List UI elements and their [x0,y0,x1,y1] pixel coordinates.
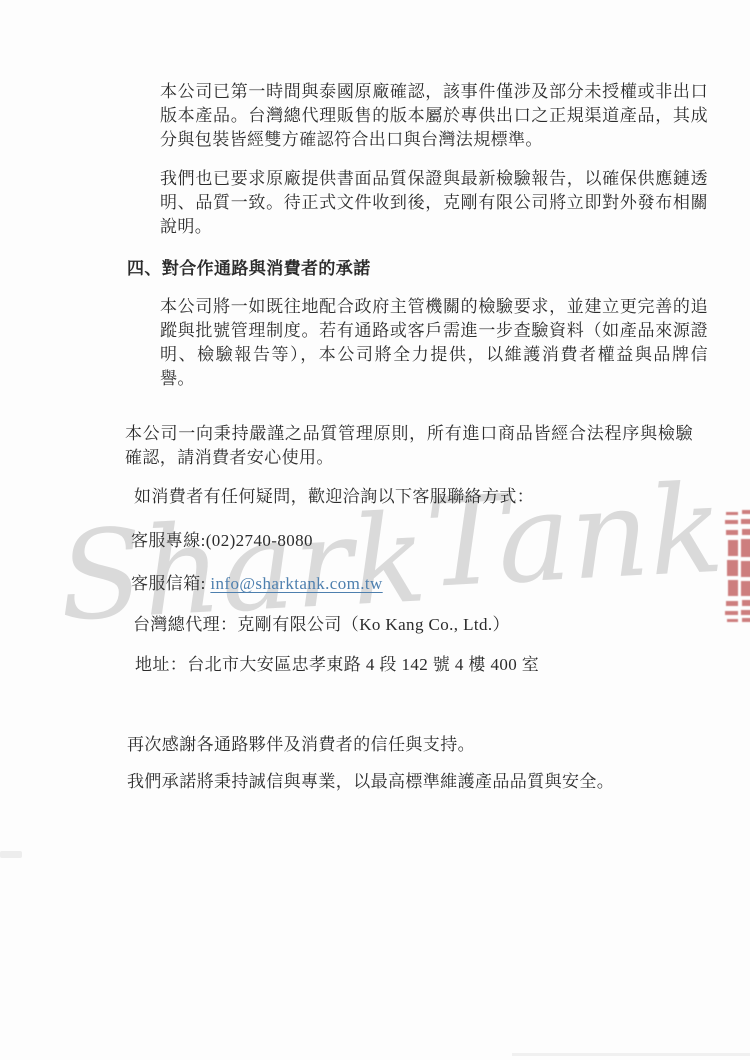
email-label: 客服信箱: [131,574,206,593]
paragraph-factory-confirmation: 本公司已第一時間與泰國原廠確認，該事件僅涉及部分未授權或非出口版本產品。台灣總代… [160,80,708,152]
customer-hotline-row: 客服專線:(02)2740-8080 [131,529,313,553]
section-heading-commitment: 四、對合作通路與消費者的承諾 [127,257,687,281]
scan-artifact-left-edge [0,851,22,858]
paragraph-government-cooperation: 本公司將一如既往地配合政府主管機關的檢驗要求，並建立更完善的追蹤與批號管理制度。… [160,295,708,391]
paragraph-quality-guarantee: 我們也已要求原廠提供書面品質保證與最新檢驗報告，以確保供應鏈透明、品質一致。待正… [160,167,708,239]
hotline-label: 客服專線: [131,531,206,550]
customer-email-row: 客服信箱: info@sharktank.com.tw [131,572,383,596]
watermark-word-tank: Tank [422,458,726,615]
red-seal-stamp-icon [722,506,750,628]
email-link[interactable]: info@sharktank.com.tw [210,574,382,593]
scanned-document-page: Shark Tank 本公司已第一時間與泰國原廠確認，該事件僅涉及部分未授權或非… [0,0,750,1060]
closing-promise-line: 我們承諾將秉持誠信與專業，以最高標準維護產品品質與安全。 [127,770,614,794]
hotline-number: (02)2740-8080 [206,531,313,550]
distributor-line: 台灣總代理：克剛有限公司（Ko Kang Co., Ltd.） [133,613,510,637]
scan-artifact-bottom-edge [512,1053,750,1056]
paragraph-quality-principle: 本公司一向秉持嚴謹之品質管理原則，所有進口商品皆經合法程序與檢驗確認，請消費者安… [125,422,693,470]
paragraph-contact-intro: 如消費者有任何疑問，歡迎洽詢以下客服聯絡方式： [134,485,694,509]
address-line: 地址：台北市大安區忠孝東路 4 段 142 號 4 樓 400 室 [135,653,539,677]
closing-thanks-line: 再次感謝各通路夥伴及消費者的信任與支持。 [127,733,475,757]
